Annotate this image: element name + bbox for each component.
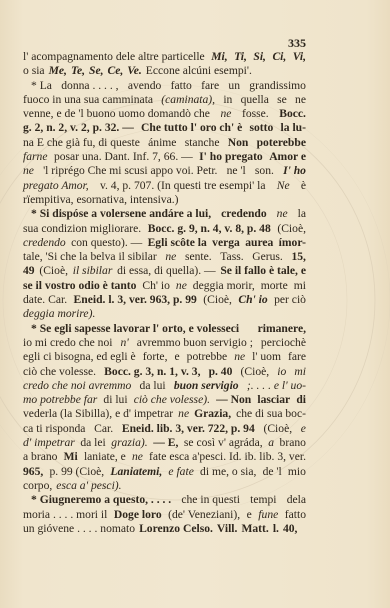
text-segment: 49	[23, 264, 35, 278]
text-segment: p. 99 (Cioè,	[49, 465, 104, 479]
text-segment: I' ho pregato	[199, 150, 263, 164]
text-segment: Gerus.	[252, 250, 283, 264]
text-segment: ne	[132, 450, 143, 464]
text-segment: Te,	[71, 64, 85, 78]
text-line: tale, 'Si che la belva il sibilarnesente…	[23, 250, 306, 264]
text-segment: grazia).	[111, 436, 147, 450]
text-line: * Ladonna . . . . ,avendofattofareungran…	[23, 79, 306, 93]
text-segment: ciò che volesse).	[134, 393, 210, 407]
text-segment: buon servigio	[174, 379, 239, 393]
text-segment: g. 2, n. 2, v. 2, p. 32. —	[23, 121, 134, 135]
text-segment: deggia morir,	[193, 279, 255, 293]
text-segment: v. 4, p. 707. (In questi tre esempi' la	[100, 179, 266, 193]
text-segment: son.	[255, 164, 274, 178]
text-segment: 965,	[23, 465, 43, 479]
text-segment: (de' Veneziani),	[168, 508, 240, 522]
text-segment: rimanere,	[258, 322, 306, 336]
text-segment: Ne	[277, 179, 290, 193]
text-segment: Ve.	[127, 64, 142, 78]
text-segment: Grazia,	[194, 407, 231, 421]
text-segment: fate esca a'pesci. Id. ib. lib. 3, ver.	[149, 450, 306, 464]
text-segment: aurea	[245, 236, 273, 250]
text-line: l' acompagnamento dele altre particelleM…	[23, 50, 306, 64]
text-segment: Doge loro	[114, 508, 162, 522]
text-segment: se il vostro odio è tanto	[23, 279, 136, 293]
text-segment: ne	[178, 407, 189, 421]
text-segment: credendo	[23, 236, 66, 250]
text-segment: Matt.	[241, 522, 268, 536]
text-segment: * Si dispóse a volersene andáre a lui,	[31, 207, 211, 221]
text-segment: di me, o sia,	[200, 465, 256, 479]
text-line: corpo,esca a' pesci).	[23, 479, 306, 493]
text-segment: ne	[176, 279, 187, 293]
text-line: na E che già fu, di questeánimestancheNo…	[23, 136, 306, 150]
text-segment: io	[277, 365, 286, 379]
text-segment: da lui	[140, 379, 166, 393]
text-segment: e fate	[168, 465, 193, 479]
text-segment: se	[277, 93, 287, 107]
text-segment: ne	[295, 93, 306, 107]
text-segment: l' acompagnamento dele altre particelle	[23, 50, 205, 64]
text-segment: moria . . . . mori il	[23, 508, 107, 522]
text-line: io mi credo che noin'avremmo buon servig…	[23, 336, 306, 350]
text-segment: forte,	[143, 350, 168, 364]
text-segment: ca ti risponda	[23, 422, 85, 436]
text-segment: mio	[288, 465, 306, 479]
text-segment: * Se egli sapesse lavorar l' orto, e vol…	[31, 322, 239, 336]
text-line: 965,p. 99 (Cioè,Laniatemi,e fatedi me, o…	[23, 465, 306, 479]
text-segment: ne 'l	[227, 164, 246, 178]
text-segment: l.	[273, 522, 279, 536]
text-segment: e	[174, 350, 179, 364]
text-segment: tale, 'Si che la belva il sibilar	[23, 250, 157, 264]
text-segment: in	[223, 93, 232, 107]
text-line: moria . . . . mori ilDoge loro(de' Venez…	[23, 508, 306, 522]
text-segment: sua condizion migliorare.	[23, 222, 141, 236]
text-line: date. Car.Eneid. l. 3, ver. 963, p. 99(C…	[23, 293, 306, 307]
text-segment: Ch' io	[238, 293, 267, 307]
text-segment: Ti,	[234, 50, 247, 64]
text-line: pregato Amor,v. 4, p. 707. (In questi tr…	[23, 179, 306, 193]
text-segment: ímor-	[279, 236, 306, 250]
text-segment: Ci,	[272, 50, 286, 64]
text-segment: venne, e de 'l buono uomo domandò che	[23, 107, 210, 121]
text-segment: Tass.	[220, 250, 243, 264]
text-segment: perciochè	[261, 336, 306, 350]
text-line: sua condizion migliorare.Bocc. g. 9, n. …	[23, 222, 306, 236]
text-segment: Eccone alcúni esempi'.	[146, 64, 252, 78]
text-segment: fatto	[285, 508, 306, 522]
text-segment: di lui	[103, 393, 127, 407]
text-segment: na E che già fu, di queste	[23, 136, 140, 150]
text-segment: Ch' io	[142, 279, 170, 293]
text-segment: poterebbe	[257, 136, 306, 150]
page-body-text: l' acompagnamento dele altre particelleM…	[23, 50, 306, 536]
text-segment: (Cioè,	[39, 264, 68, 278]
text-line: d' impetrarda leigrazia).— E,se così v' …	[23, 436, 306, 450]
text-segment: laniate, e	[84, 450, 126, 464]
text-segment: de 'l	[263, 465, 282, 479]
text-segment: rïempitiva, esornativa, intensiva.)	[23, 193, 179, 207]
text-segment: I' ho	[283, 164, 306, 178]
text-segment: Se,	[89, 64, 104, 78]
text-segment: avendo	[128, 79, 161, 93]
text-segment: — Non	[216, 393, 251, 407]
text-segment: e	[301, 422, 306, 436]
text-segment: n'	[120, 336, 128, 350]
text-segment: date. Car.	[23, 293, 67, 307]
text-segment: di essa, di quella). —	[117, 264, 216, 278]
text-segment: fosse.	[242, 107, 269, 121]
text-line: g. 2, n. 2, v. 2, p. 32. —Che tutto l' o…	[23, 121, 306, 135]
text-line: venne, e de 'l buono uomo domandò chenef…	[23, 107, 306, 121]
text-segment: ne	[234, 350, 245, 364]
text-segment: Si,	[253, 50, 266, 64]
text-line: se il vostro odio è tantoCh' ionedeggia …	[23, 279, 306, 293]
text-segment: esca a' pesci).	[56, 479, 121, 493]
text-segment: con questo). —	[71, 236, 142, 250]
text-segment: a	[268, 436, 274, 450]
text-segment: p. 40	[209, 365, 233, 379]
text-segment: credo che noi avremmo	[23, 379, 131, 393]
text-line: credendocon questo). —Egli scôte laverga…	[23, 236, 306, 250]
text-segment: grandissimo	[249, 79, 306, 93]
text-segment: un	[228, 79, 240, 93]
text-segment: (caminata),	[161, 93, 215, 107]
text-segment: Bocc. g. 9, n. 4, v. 8, p. 48	[148, 222, 271, 236]
text-segment: che di sua boc-	[236, 407, 306, 421]
text-segment: Mi,	[211, 50, 227, 64]
text-segment: Car.	[94, 422, 113, 436]
text-segment: Egli scôte la	[148, 236, 207, 250]
text-segment: un gióvene . . . . nomato	[23, 522, 135, 536]
text-segment: di	[296, 393, 306, 407]
text-segment: farne	[23, 150, 47, 164]
text-segment: credendo	[221, 207, 267, 221]
text-segment: Eneid. l. 3, ver. 963, p. 99	[74, 293, 197, 307]
text-segment: o sia	[23, 64, 45, 78]
text-segment: che in questi	[181, 493, 240, 507]
text-segment: Me,	[49, 64, 67, 78]
text-segment: la	[298, 207, 306, 221]
text-segment: per ciò	[274, 293, 306, 307]
text-segment: dela	[287, 493, 306, 507]
text-segment: (Cioè,	[241, 365, 270, 379]
text-segment: Bocc.	[279, 107, 306, 121]
text-line: rïempitiva, esornativa, intensiva.)	[23, 193, 306, 207]
text-segment: morte	[261, 279, 288, 293]
text-segment: fuoco in una sua camminata	[23, 93, 153, 107]
text-segment: ciò che volesse.	[23, 365, 96, 379]
text-segment: mo potrebbe far	[23, 393, 97, 407]
text-line: credo che noi avremmoda luibuon servigio…	[23, 379, 306, 393]
text-line: deggia morire).	[23, 307, 306, 321]
text-line: * Se egli sapesse lavorar l' orto, e vol…	[23, 322, 306, 336]
text-segment: egli ci bisogna, ed egli è	[23, 350, 136, 364]
text-segment: pregato Amor,	[23, 179, 89, 193]
text-segment: ne	[165, 250, 176, 264]
text-segment: (Cioè,	[263, 422, 292, 436]
text-segment: lasciar	[257, 393, 290, 407]
text-segment: * La	[31, 79, 52, 93]
text-segment: — E,	[153, 436, 178, 450]
text-segment: Laniatemi,	[110, 465, 162, 479]
text-segment: mi	[294, 279, 306, 293]
text-segment: Non	[228, 136, 249, 150]
text-segment: Eneid. lib. 3, ver. 722, p. 94	[122, 422, 255, 436]
text-segment: (Cioè,	[203, 293, 232, 307]
text-segment: stanche	[185, 136, 220, 150]
text-segment: brano	[280, 436, 306, 450]
text-segment: sotto	[249, 121, 273, 135]
text-line: un gióvene . . . . nomatoLorenzo Celso.V…	[23, 522, 306, 536]
text-segment: Lorenzo Celso.	[139, 522, 213, 536]
text-line: 49(Cioè,il sibilardi essa, di quella). —…	[23, 264, 306, 278]
text-segment: a brano	[23, 450, 57, 464]
text-segment: 'l riprégo Che mi scusi appo voi. Petr.	[43, 164, 217, 178]
text-line: ciò che volesse.Bocc. g. 3, n. 1, v. 3,p…	[23, 365, 306, 379]
text-segment: fare	[201, 79, 219, 93]
text-segment: mi	[294, 365, 306, 379]
text-segment: 15,	[291, 250, 306, 264]
text-line: * Si dispóse a volersene andáre a lui,cr…	[23, 207, 306, 221]
text-segment: posar una. Dant. Inf. 7, 66. —	[54, 150, 193, 164]
text-segment: vederla (la Sibilla), e d' impetrar	[23, 407, 173, 421]
text-segment: ne	[277, 207, 288, 221]
text-segment: Vi,	[293, 50, 306, 64]
text-line: fuoco in una sua camminata(caminata),inq…	[23, 93, 306, 107]
text-line: * Giugneremo a questo, . . . .che in que…	[23, 493, 306, 507]
text-segment: tempi	[250, 493, 276, 507]
page-number: 335	[284, 36, 306, 51]
text-segment: fare	[288, 350, 306, 364]
text-segment: Mi	[64, 450, 78, 464]
text-line: ca ti rispondaCar.Eneid. lib. 3, ver. 72…	[23, 422, 306, 436]
text-segment: (Cioè,	[277, 222, 306, 236]
text-segment: Bocc. g. 3, n. 1, v. 3,	[104, 365, 200, 379]
text-segment: fune	[258, 508, 278, 522]
text-segment: fatto	[171, 79, 192, 93]
text-segment: avremmo buon servigio ;	[137, 336, 253, 350]
text-segment: d' impetrar	[23, 436, 75, 450]
text-segment: è	[301, 179, 306, 193]
text-segment: Che tutto l' oro ch' è	[141, 121, 242, 135]
text-segment: la lu-	[281, 121, 306, 135]
text-segment: 40,	[283, 522, 298, 536]
text-segment: Vill.	[217, 522, 238, 536]
text-segment: deggia morire).	[23, 307, 95, 321]
text-line: egli ci bisogna, ed egli èforte,epotrebb…	[23, 350, 306, 364]
text-segment: se così v' agráda,	[184, 436, 263, 450]
text-segment: Amor e	[269, 150, 306, 164]
text-segment: da lei	[80, 436, 105, 450]
text-segment: verga	[212, 236, 240, 250]
text-segment: * Giugneremo a questo, . . . .	[31, 493, 171, 507]
text-line: ne'l riprégo Che mi scusi appo voi. Petr…	[23, 164, 306, 178]
text-segment: donna . . . . ,	[61, 79, 118, 93]
text-segment: Se il fallo è tale, e	[220, 264, 306, 278]
book-page: 335 l' acompagnamento dele altre partice…	[0, 0, 390, 608]
text-segment: sente.	[185, 250, 212, 264]
text-segment: l' uom	[252, 350, 281, 364]
text-segment: e	[247, 508, 252, 522]
text-segment: il sibilar	[73, 264, 113, 278]
text-segment: ;. . . . e l' uo-	[247, 379, 306, 393]
text-segment: ne	[220, 107, 231, 121]
text-segment: corpo,	[23, 479, 52, 493]
text-segment: quella	[241, 93, 269, 107]
text-line: mo potrebbe fardi luiciò che volesse).— …	[23, 393, 306, 407]
text-segment: ne	[23, 164, 34, 178]
text-line: farneposar una. Dant. Inf. 7, 66. —I' ho…	[23, 150, 306, 164]
text-line: a branoMilaniate, enefate esca a'pesci. …	[23, 450, 306, 464]
text-segment: ánime	[148, 136, 176, 150]
text-segment: Ce,	[108, 64, 124, 78]
text-line: o siaMe,Te,Se,Ce,Ve.Eccone alcúni esempi…	[23, 64, 306, 78]
text-line: vederla (la Sibilla), e d' impetrarneGra…	[23, 407, 306, 421]
text-segment: potrebbe	[187, 350, 228, 364]
text-segment: io mi credo che noi	[23, 336, 113, 350]
